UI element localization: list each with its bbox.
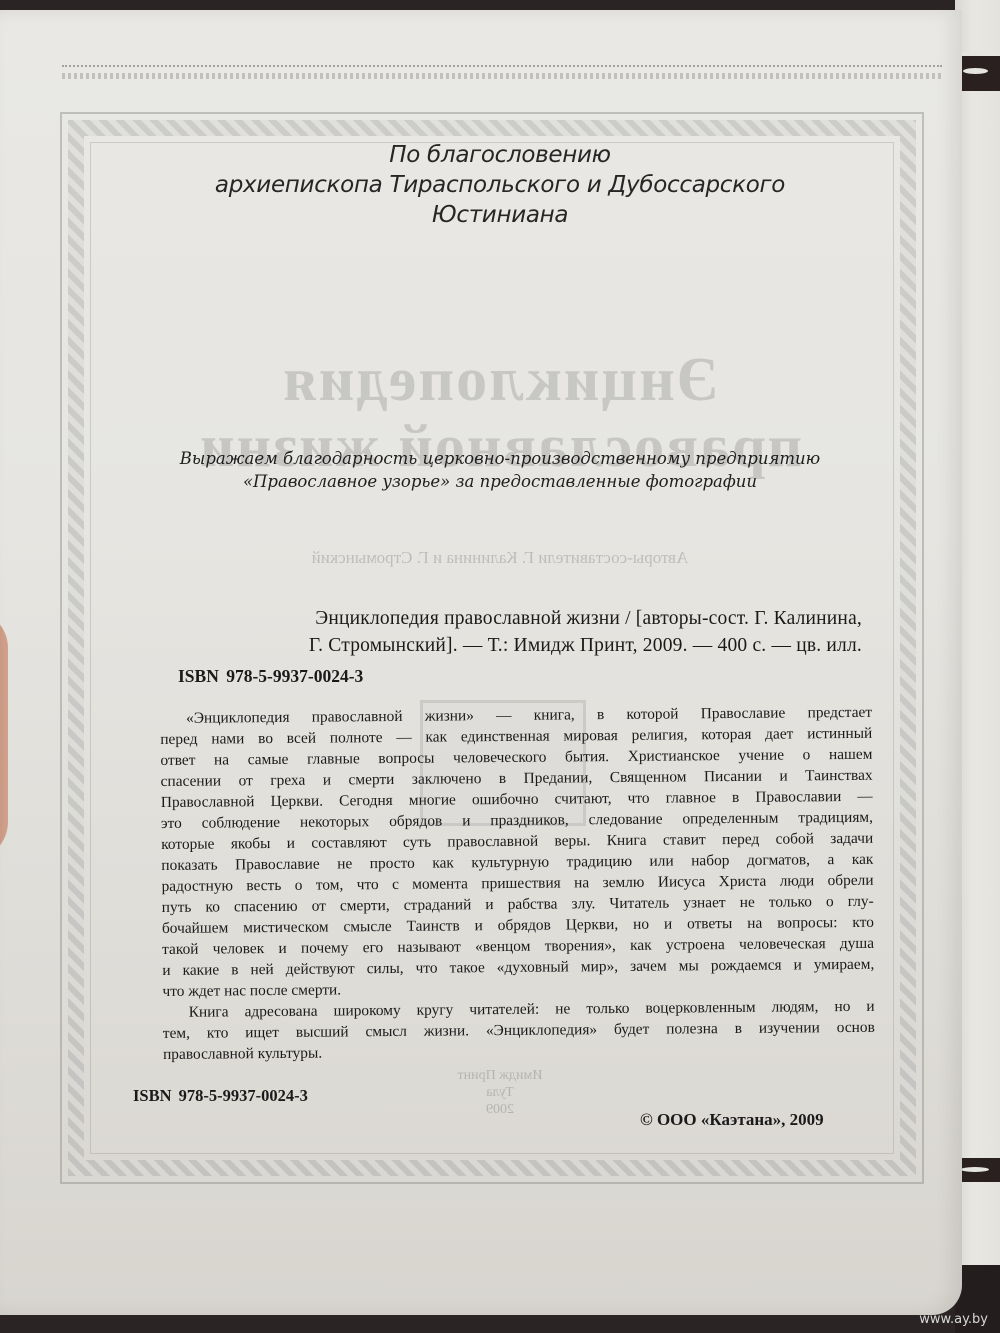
site-watermark: www.ay.by — [919, 1312, 988, 1327]
isbn-footer: ISBN 978-5-9937-0024-3 — [133, 1086, 308, 1106]
bibliographic-record: Энциклопедия православной жизни / [автор… — [150, 605, 862, 659]
annotation-paragraph-1: «Энциклопедия православной жизни» — книг… — [160, 702, 875, 1002]
acknowledgement-text: Выражаем благодарность церковно-производ… — [120, 447, 880, 493]
copyright-notice: © ООО «Каэтана», 2009 — [640, 1110, 824, 1130]
annotation-text: «Энциклопедия православной жизни» — книг… — [160, 702, 875, 1065]
isbn-record: ISBN 978-5-9937-0024-3 — [178, 666, 363, 687]
blessing-text: По благословению архиепископа Тираспольс… — [180, 140, 820, 230]
acknowledgement-line: «Православное узорье» за предоставленные… — [120, 470, 880, 493]
stamp-bleed-line — [62, 65, 942, 85]
acknowledgement-line: Выражаем благодарность церковно-производ… — [120, 447, 880, 470]
annotation-paragraph-2: Книга адресована широкому кругу читателе… — [163, 996, 876, 1065]
blessing-line: архиепископа Тираспольского и Дубоссарск… — [180, 170, 820, 200]
blessing-line: По благословению — [180, 140, 820, 170]
bibliographic-line: Энциклопедия православной жизни / [автор… — [150, 605, 862, 632]
bibliographic-line: Г. Стромынский]. — Т.: Имидж Принт, 2009… — [150, 632, 862, 659]
finger-holding-page — [0, 610, 8, 860]
blessing-line: Юстиниана — [180, 200, 820, 230]
